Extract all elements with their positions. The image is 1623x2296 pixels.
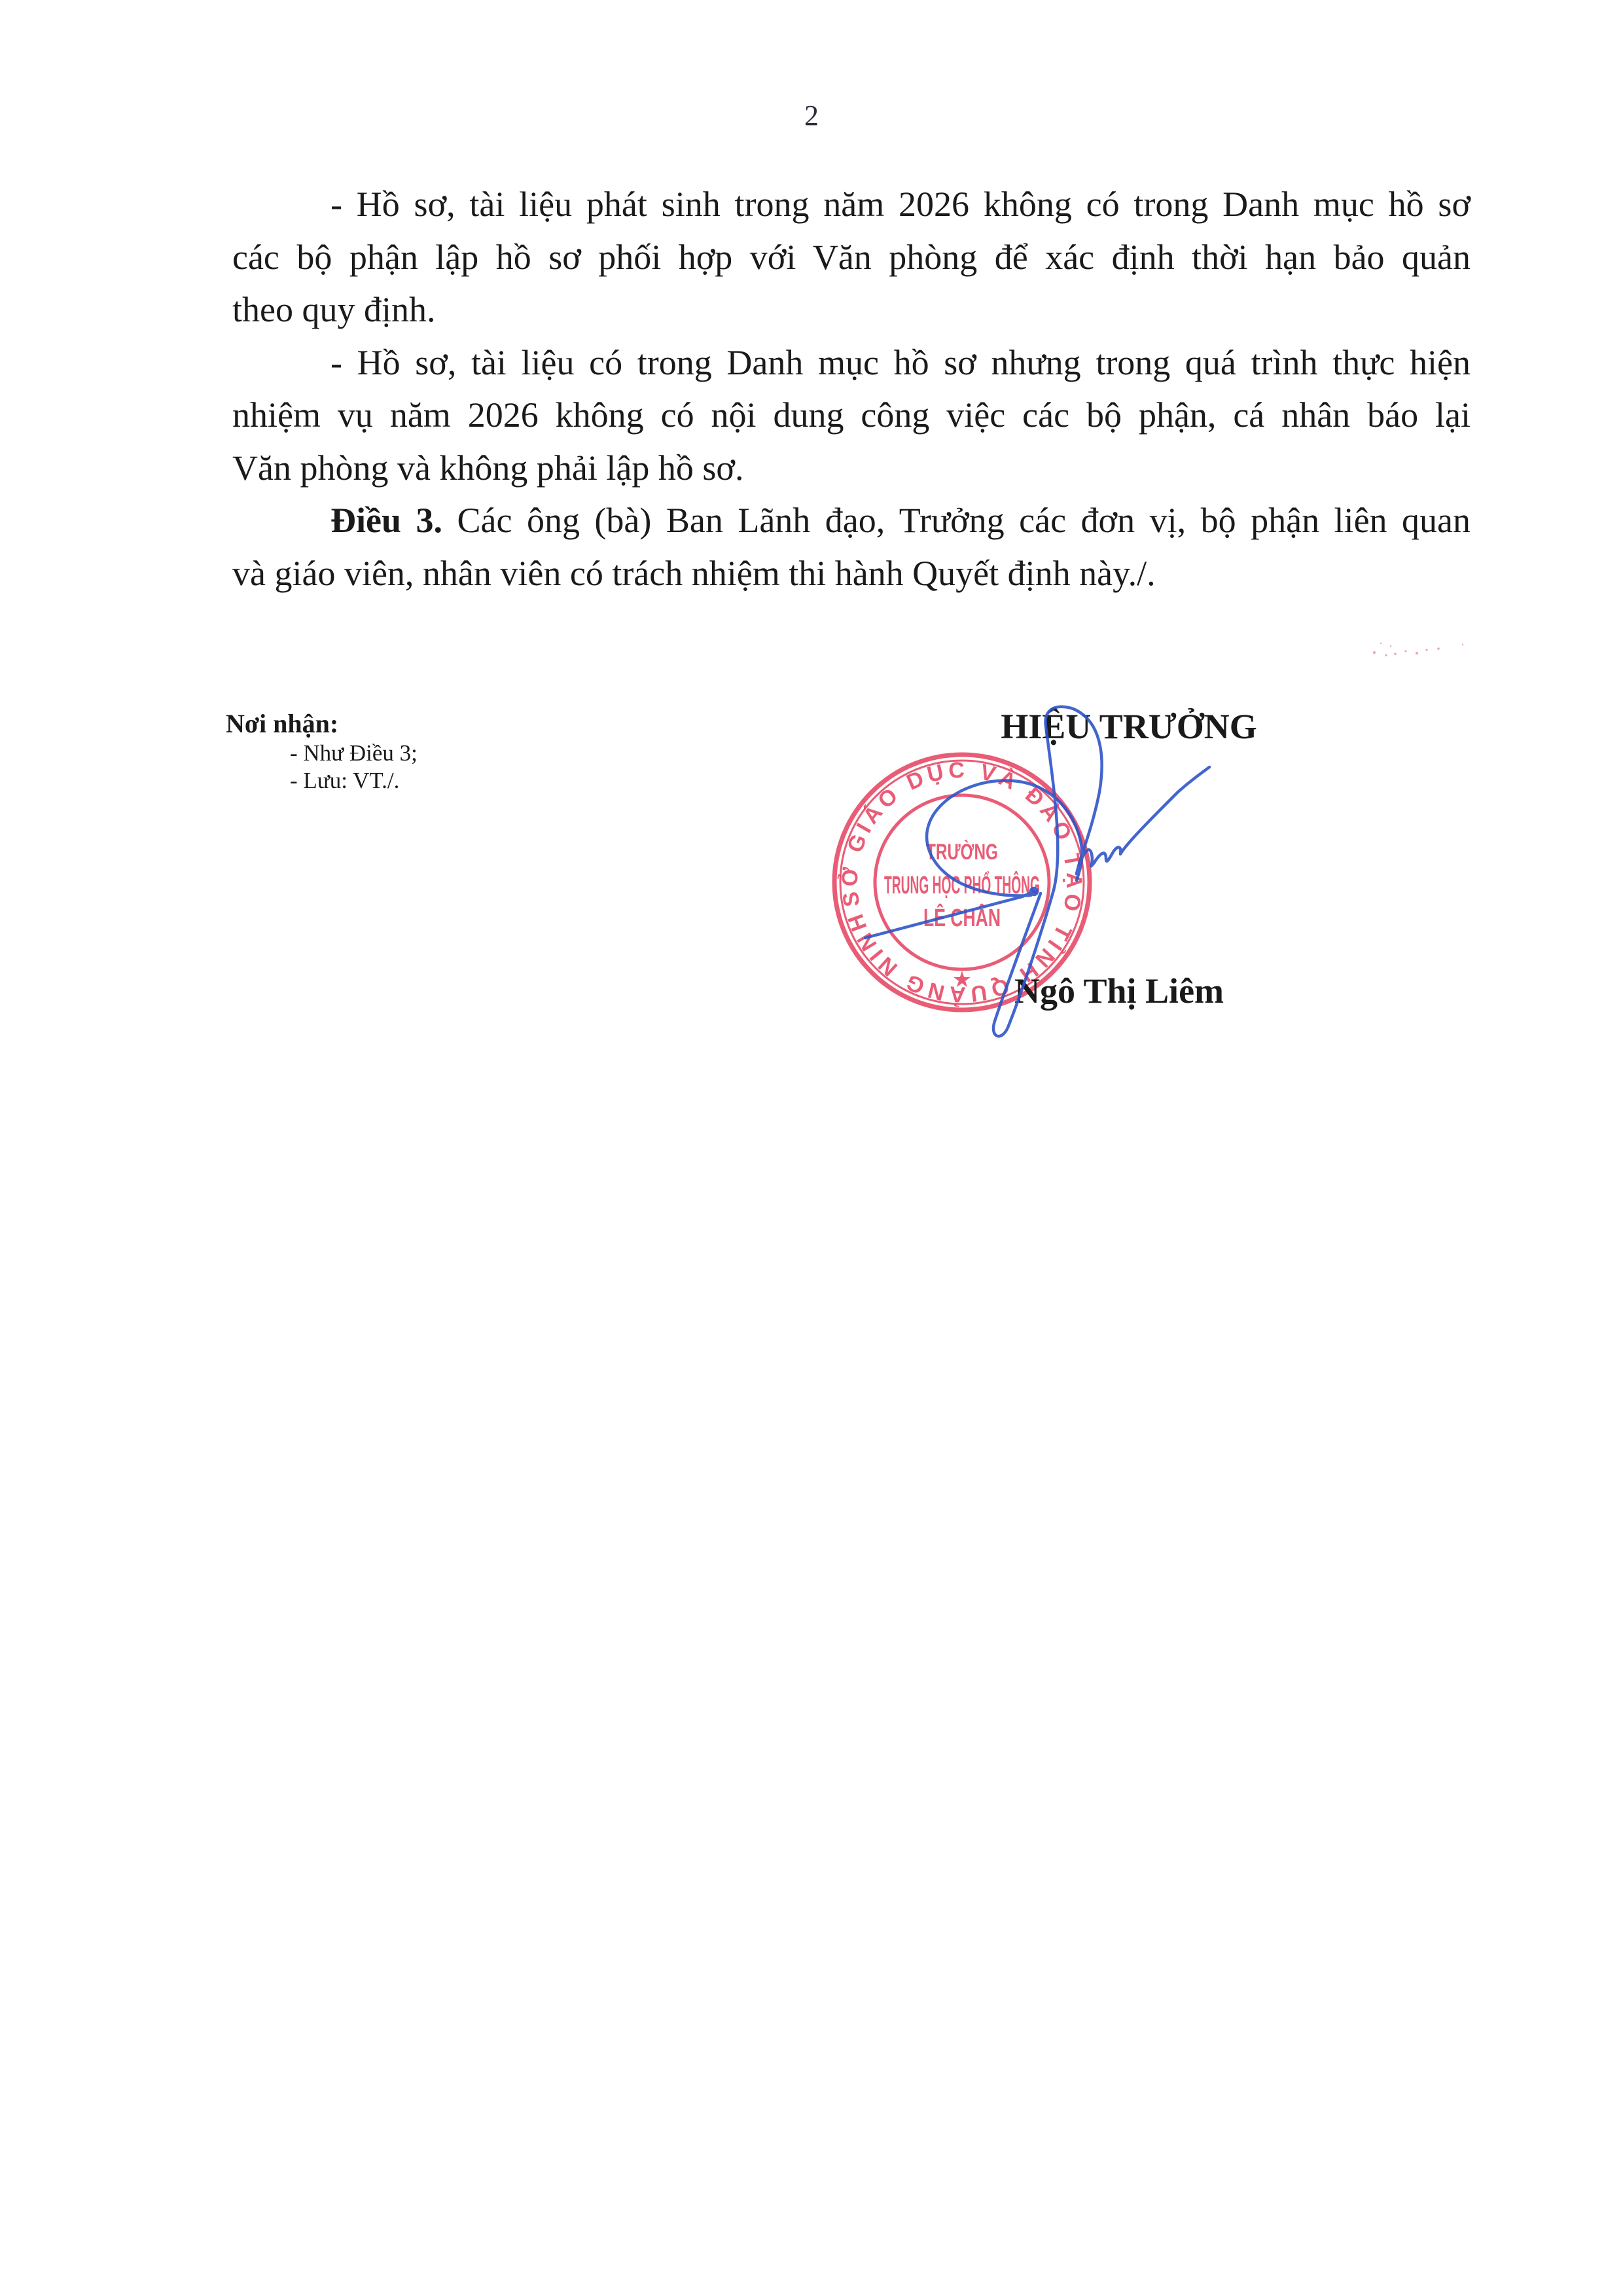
document-body: - Hồ sơ, tài liệu phát sinh trong năm 20… <box>232 178 1471 600</box>
recipients-block: Nơi nhận: - Như Điều 3; - Lưu: VT./. <box>226 708 418 795</box>
text-line: - Hồ sơ, tài liệu có trong Danh mục hồ s… <box>232 336 1471 389</box>
article-3: Điều 3. Các ông (bà) Ban Lãnh đạo, Trưởn… <box>232 494 1471 600</box>
stamp-center-line: TRƯỜNG <box>926 840 998 865</box>
text-line: nhiệm vụ năm 2026 không có nội dung công… <box>232 389 1471 442</box>
text-line: - Hồ sơ, tài liệu phát sinh trong năm 20… <box>232 178 1471 231</box>
text-line: Văn phòng và không phải lập hồ sơ. <box>232 442 1471 495</box>
stamp-center-line: LÊ CHÂN <box>923 903 1001 932</box>
page-number: 2 <box>0 99 1623 132</box>
article-3-heading: Điều 3. <box>330 501 442 540</box>
text-line: và giáo viên, nhân viên có trách nhiệm t… <box>232 547 1471 600</box>
paragraph-listed-no-content: - Hồ sơ, tài liệu có trong Danh mục hồ s… <box>232 336 1471 495</box>
recipient-item: - Như Điều 3; <box>226 740 418 767</box>
article-3-text: Các ông (bà) Ban Lãnh đạo, Trưởng các đơ… <box>442 501 1471 540</box>
recipients-title: Nơi nhận: <box>226 708 418 740</box>
text-line: các bộ phận lập hồ sơ phối hợp với Văn p… <box>232 231 1471 284</box>
text-line: Điều 3. Các ông (bà) Ban Lãnh đạo, Trưởn… <box>232 494 1471 547</box>
text-line: theo quy định. <box>232 283 1471 336</box>
signer-title: HIỆU TRƯỞNG <box>985 706 1273 747</box>
signer-name: Ngô Thị Liêm <box>1001 970 1237 1012</box>
recipient-item: - Lưu: VT./. <box>226 767 418 795</box>
stamp-center-line: TRUNG HỌC PHỔ THÔNG <box>884 870 1040 899</box>
stamp-star: ★ <box>952 968 972 992</box>
paragraph-unlisted-records: - Hồ sơ, tài liệu phát sinh trong năm 20… <box>232 178 1471 336</box>
stamp-ink-speckle-icon <box>1355 638 1486 664</box>
